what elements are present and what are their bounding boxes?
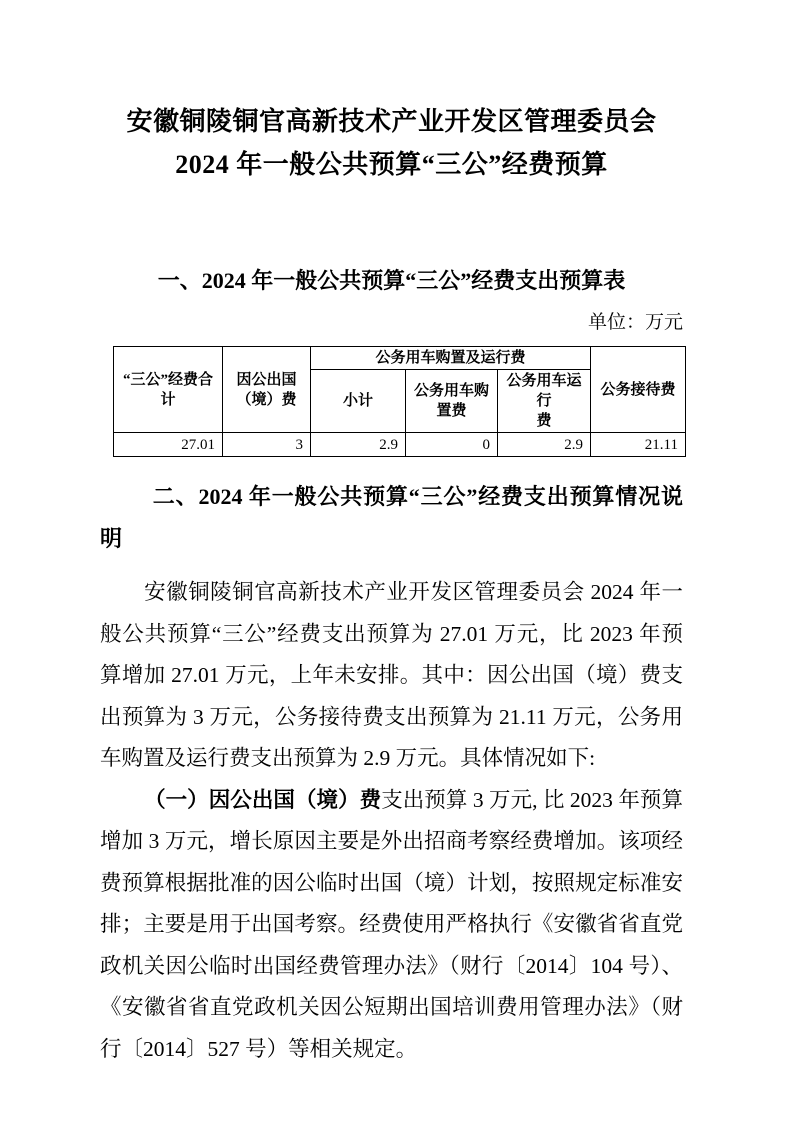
document-title-line-1: 安徽铜陵铜官高新技术产业开发区管理委员会 (100, 100, 683, 143)
value-abroad: 3 (223, 433, 311, 457)
unit-note: 单位：万元 (100, 310, 683, 336)
value-total: 27.01 (114, 433, 223, 457)
paragraph-abroad-lead: （一）因公出国（境）费 (144, 788, 381, 812)
paragraph-overview: 安徽铜陵铜官高新技术产业开发区管理委员会 2024 年一般公共预算“三公”经费支… (100, 572, 683, 780)
document-content: 安徽铜陵铜官高新技术产业开发区管理委员会 2024 年一般公共预算“三公”经费预… (100, 100, 683, 1070)
value-vehicle-operation: 2.9 (498, 433, 591, 457)
col-header-vehicle-operation: 公务用车运行 费 (498, 370, 591, 433)
value-reception: 21.11 (591, 433, 686, 457)
document-title: 安徽铜陵铜官高新技术产业开发区管理委员会 2024 年一般公共预算“三公”经费预… (100, 100, 683, 186)
paragraph-abroad-body: 支出预算 3 万元, 比 2023 年预算增加 3 万元，增长原因主要是外出招商… (100, 788, 683, 1061)
col-header-vehicle-purchase: 公务用车购 置费 (406, 370, 498, 433)
table-value-row: 27.01 3 2.9 0 2.9 21.11 (114, 433, 686, 457)
col-header-reception: 公务接待费 (591, 347, 686, 433)
document-page: 安徽铜陵铜官高新技术产业开发区管理委员会 2024 年一般公共预算“三公”经费预… (0, 0, 793, 1122)
paragraph-abroad: （一）因公出国（境）费支出预算 3 万元, 比 2023 年预算增加 3 万元，… (100, 780, 683, 1071)
col-header-total: “三公”经费合 计 (114, 347, 223, 433)
value-vehicle-subtotal: 2.9 (311, 433, 406, 457)
section-2-heading: 二、2024 年一般公共预算“三公”经费支出预算情况说明 (100, 476, 683, 560)
col-header-abroad: 因公出国 （境）费 (223, 347, 311, 433)
document-title-line-2: 2024 年一般公共预算“三公”经费预算 (100, 143, 683, 186)
value-vehicle-purchase: 0 (406, 433, 498, 457)
col-header-vehicle-subtotal: 小计 (311, 370, 406, 433)
section-1-heading: 一、2024 年一般公共预算“三公”经费支出预算表 (100, 266, 683, 296)
budget-table: “三公”经费合 计 因公出国 （境）费 公务用车购置及运行费 公务接待费 小计 … (113, 346, 686, 457)
col-header-vehicle-group: 公务用车购置及运行费 (311, 347, 591, 370)
table-header-row-top: “三公”经费合 计 因公出国 （境）费 公务用车购置及运行费 公务接待费 (114, 347, 686, 370)
